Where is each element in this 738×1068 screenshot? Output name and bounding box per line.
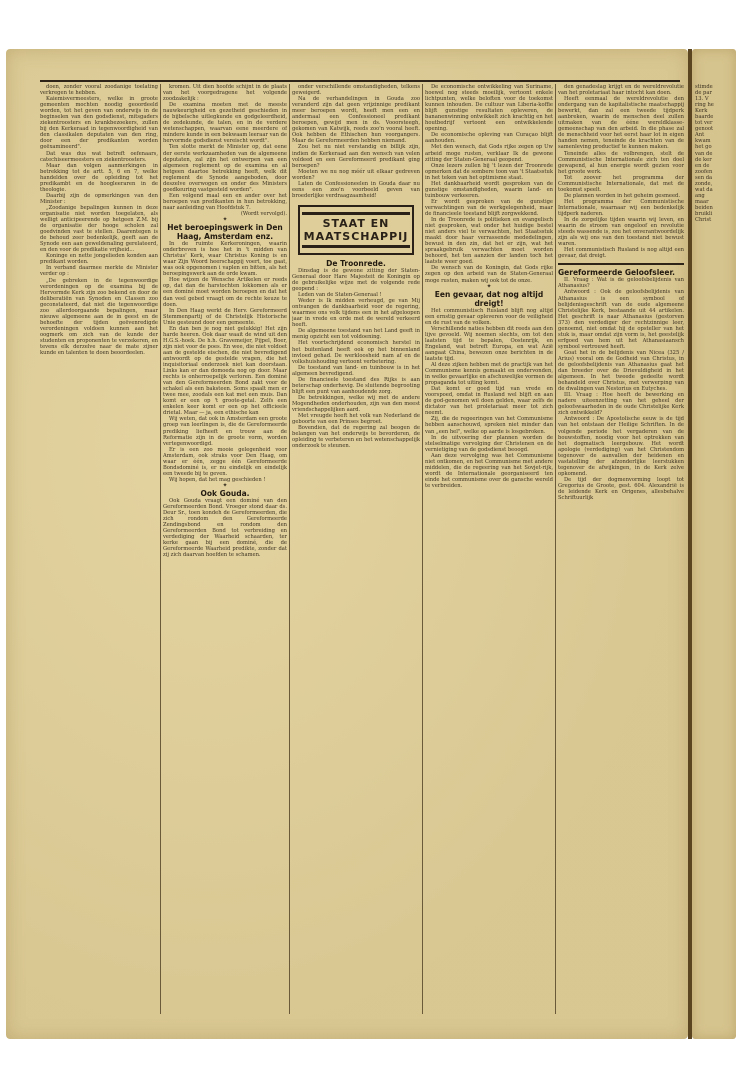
- paragraph: Weder is Ik midden verheugd, ge van Mij …: [292, 298, 420, 328]
- paragraph: De economische ontwikkeling van Suriname…: [425, 84, 553, 132]
- top-rule: [40, 80, 680, 82]
- article-title-beroepingswerk: Het beroepingswerk in Den Haag, Amsterda…: [163, 223, 287, 241]
- banner-line-2: MAATSCHAPPIJ: [302, 230, 410, 243]
- text-fragment: Christ: [695, 217, 736, 223]
- paragraph: Hoe wijzen de Wensche Artikelen er reeds…: [163, 277, 287, 307]
- column-3-intro: onder verschillende omstandigheden, telk…: [292, 84, 420, 199]
- paragraph: II. Vraag : Wat is de geloofsbelijdenis …: [558, 277, 684, 289]
- paragraph: In de Troonrede is politieken en evangel…: [425, 217, 553, 265]
- paragraph: Antwoord : Ook de geloofsbelijdenis van …: [558, 289, 684, 349]
- paragraph: De toestand van land- en tuinbouw is in …: [292, 365, 420, 377]
- paragraph: In verband daarmee merkte de Minister ve…: [40, 265, 158, 277]
- column-5-intro: den genadeslag krijgt en de wereldrevolu…: [558, 84, 684, 259]
- paragraph: Ook Gouda vraagt een dominé van den Gere…: [163, 498, 287, 558]
- paragraph: „De gebreken in de tegenwoordige verorde…: [40, 278, 158, 357]
- paragraph: Na de verhandelingen in Gouda zoo verand…: [292, 96, 420, 144]
- article-body-ook-gouda: Ook Gouda vraagt een dominé van den Gere…: [163, 498, 287, 558]
- paragraph: En dan ben je nog niet gelukkig! Het zij…: [163, 326, 287, 417]
- article-body-troonrede: Dinsdag is de gewone zitting der Staten-…: [292, 268, 420, 449]
- paragraph: Dat komt er goed tijd van vrede en voors…: [425, 386, 553, 416]
- column-4: De economische ontwikkeling van Suriname…: [425, 84, 553, 1004]
- paragraph: Ten slotte merkt de Minister op, dat een…: [163, 144, 287, 192]
- article-title-gevaar: Een gevaar, dat nog altijd dreigt!: [425, 290, 553, 308]
- paragraph: Laten de Confessioneelen in Gouda daar n…: [292, 181, 420, 199]
- paragraph: Een volgend maal een en ander over het b…: [163, 193, 287, 211]
- article-body-beroepingswerk: In de ruimte Kerkeroningen, waarin onder…: [163, 241, 287, 483]
- article-title-geloofsleer: Gereformeerde Geloofsleer.: [558, 268, 684, 277]
- paragraph: Zij, die de regeeringen van het Communis…: [425, 416, 553, 434]
- paragraph: III. Vraag : Hoe heeft de bewerking en n…: [558, 392, 684, 416]
- next-page-edge: stimdede par13. Vring heKerkbaardetot ve…: [692, 49, 736, 1039]
- paragraph: Maar dan volgen aanmerkingen in betrekki…: [40, 163, 158, 193]
- column-divider: [422, 84, 423, 1014]
- paragraph: Bovendien, dat de regering zal beogen de…: [292, 425, 420, 449]
- paragraph: Kaiemisvermeesters, welke in groote geme…: [40, 96, 158, 150]
- paragraph: Tot zoover het programma der Communistis…: [558, 175, 684, 193]
- paragraph: In de zorgelijke tijden waarin wij leven…: [558, 217, 684, 247]
- paragraph: Heeft eenmaal de wereldrevolutie den ond…: [558, 96, 684, 150]
- next-page-column: stimdede par13. Vring heKerkbaardetot ve…: [695, 84, 736, 223]
- banner-stripe: [302, 245, 410, 248]
- paragraph: De algemeene toestand van het Land geeft…: [292, 328, 420, 340]
- article-body-gevaar: Het communistisch Rusland blijft nog alt…: [425, 308, 553, 489]
- paragraph: In de ruimte Kerkeroningen, waarin onder…: [163, 241, 287, 277]
- paragraph: kromen. Uit dien hoofde schijnt in de pl…: [163, 84, 287, 102]
- paragraph: Dinsdag is de gewone zitting der Staten-…: [292, 268, 420, 292]
- banner-line-1: STAAT EN: [302, 217, 410, 230]
- paragraph: Er is een zoo mooie gelegenheid voor Ams…: [163, 447, 287, 477]
- paragraph: De examina moeten met de meeste nauwkeur…: [163, 102, 287, 144]
- column-4-intro: De economische ontwikkeling van Suriname…: [425, 84, 553, 284]
- paragraph: Verschillende naties hebben dit reeds aa…: [425, 326, 553, 362]
- paragraph: doen, zonder vooral zoodanige toelating …: [40, 84, 158, 96]
- paragraph: onder verschillende omstandigheden, telk…: [292, 84, 420, 96]
- section-banner-staat-en-maatschappij: STAAT EN MAATSCHAPPIJ: [298, 205, 414, 255]
- paragraph: Moeten we nu nog méér uit elkaar gedreve…: [292, 169, 420, 181]
- paragraph: Er wordt gesproken van de gunstige verwa…: [425, 199, 553, 217]
- paragraph: De betrekkingen, welke wij met de andere…: [292, 395, 420, 413]
- column-2: kromen. Uit dien hoofde schijnt in de pl…: [163, 84, 287, 1004]
- paragraph: Het programma der Communistische Interna…: [558, 199, 684, 217]
- column-divider: [555, 84, 556, 1014]
- paragraph: Het voortschrijdend economisch herstel i…: [292, 340, 420, 364]
- column-5: den genadeslag krijgt en de wereldrevolu…: [558, 84, 684, 1004]
- column-divider: [160, 84, 161, 1014]
- paragraph: Koninge en nette jongelieden konden aan …: [40, 253, 158, 265]
- article-body-geloofsleer: II. Vraag : Wat is de geloofsbelijdenis …: [558, 277, 684, 501]
- paragraph: Wij weten, dat ook in Amsterdam een groo…: [163, 416, 287, 446]
- column-1: doen, zonder vooral zoodanige toelating …: [40, 84, 158, 1004]
- column-3: onder verschillende omstandigheden, telk…: [292, 84, 420, 1004]
- paragraph: Goat het in de belijdenis van Nicea (325…: [558, 350, 684, 392]
- paragraph: Met den wensch, dat Gods rijke zegen op …: [425, 144, 553, 162]
- article-title-troonrede: De Troonrede.: [292, 259, 420, 268]
- paragraph: Aan deze vervolging was het Communisme n…: [425, 453, 553, 489]
- paragraph: De economische opleving van Curaçao blij…: [425, 132, 553, 144]
- paragraph: Al deze zijken hebben met de practijk va…: [425, 362, 553, 386]
- paragraph: In de uitvoering der plannen worden de s…: [425, 435, 553, 453]
- paragraph: De tijd der dogmenvorming loopt tot Greg…: [558, 477, 684, 501]
- column-1-body: doen, zonder vooral zoodanige toelating …: [40, 84, 158, 356]
- paragraph: „Zoodanige bepalingen kunnen in deze org…: [40, 205, 158, 253]
- column-2-intro: kromen. Uit dien hoofde schijnt in de pl…: [163, 84, 287, 211]
- paragraph: den genadeslag krijgt en de wereldrevolu…: [558, 84, 684, 96]
- paragraph: De plannen worden in het geheim gesmeed.: [558, 193, 684, 199]
- paragraph: Het dankbaarheid wordt gesproken van de …: [425, 181, 553, 199]
- paragraph: Met vreugde heeft het volk van Nederland…: [292, 413, 420, 425]
- section-rule: [558, 263, 684, 265]
- paragraph: Zou het nu niet verstandig en billijk zi…: [292, 144, 420, 168]
- paragraph: Het communistisch Rusland blijft nog alt…: [425, 308, 553, 326]
- paragraph: Daarbij zijn de opmerkingen van den Mini…: [40, 193, 158, 205]
- column-divider: [289, 84, 290, 1014]
- paragraph: De wensch van de Koningin, dat Gods rijk…: [425, 265, 553, 283]
- banner-stripe: [302, 212, 410, 215]
- paragraph: Teneinde alles de volbrengen, stelt de C…: [558, 151, 684, 175]
- article-title-ook-gouda: Ook Gouda.: [163, 489, 287, 498]
- paragraph: De financieele toestand des Rijks is aan…: [292, 377, 420, 395]
- paragraph: Het communistisch Rusland is nog altijd …: [558, 247, 684, 259]
- paragraph: In Den Haag werkt de Herv. Gereformeerd …: [163, 308, 287, 326]
- paragraph: Antwoord : De Apostolische eeuw is de ti…: [558, 416, 684, 476]
- paragraph: Dat was dus wat betreft oefenaars, catec…: [40, 151, 158, 163]
- paragraph: Onze lezers zullen bij 't lezen der Troo…: [425, 163, 553, 181]
